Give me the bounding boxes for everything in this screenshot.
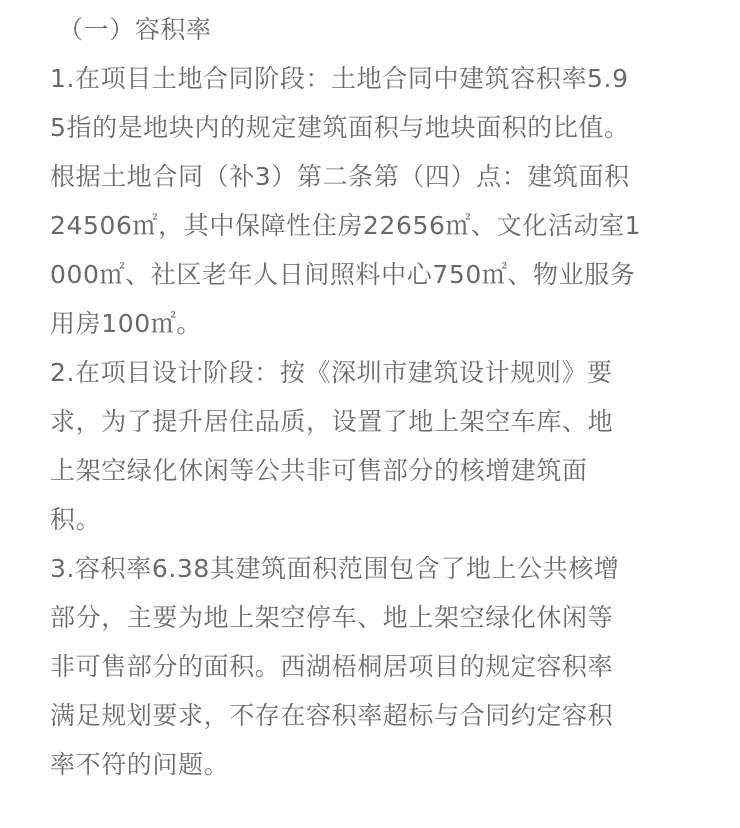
paragraph-1-line-1: 1.在项目土地合同阶段：土地合同中建筑容积率5.9: [50, 54, 710, 103]
paragraph-1-line-5: 000㎡、社区老年人日间照料中心750㎡、物业服务: [50, 250, 710, 299]
paragraph-1-line-6: 用房100㎡。: [50, 299, 710, 348]
paragraph-1-line-4: 24506㎡，其中保障性住房22656㎡、文化活动室1: [50, 201, 710, 250]
paragraph-3-line-4: 满足规划要求，不存在容积率超标与合同约定容积: [50, 691, 710, 740]
document-body: （一）容积率 1.在项目土地合同阶段：土地合同中建筑容积率5.9 5指的是地块内…: [50, 5, 710, 789]
paragraph-3-line-2: 部分，主要为地上架空停车、地上架空绿化休闲等: [50, 593, 710, 642]
paragraph-3-line-1: 3.容积率6.38其建筑面积范围包含了地上公共核增: [50, 544, 710, 593]
paragraph-2-line-1: 2.在项目设计阶段：按《深圳市建筑设计规则》要: [50, 348, 710, 397]
paragraph-3-line-5: 率不符的问题。: [50, 740, 710, 789]
paragraph-2-line-3: 上架空绿化休闲等公共非可售部分的核增建筑面: [50, 446, 710, 495]
paragraph-2-line-2: 求，为了提升居住品质，设置了地上架空车库、地: [50, 397, 710, 446]
paragraph-2-line-4: 积。: [50, 495, 710, 544]
paragraph-1-line-2: 5指的是地块内的规定建筑面积与地块面积的比值。: [50, 103, 710, 152]
section-heading: （一）容积率: [50, 5, 710, 54]
paragraph-3-line-3: 非可售部分的面积。西湖梧桐居项目的规定容积率: [50, 642, 710, 691]
paragraph-1-line-3: 根据土地合同（补3）第二条第（四）点：建筑面积: [50, 152, 710, 201]
